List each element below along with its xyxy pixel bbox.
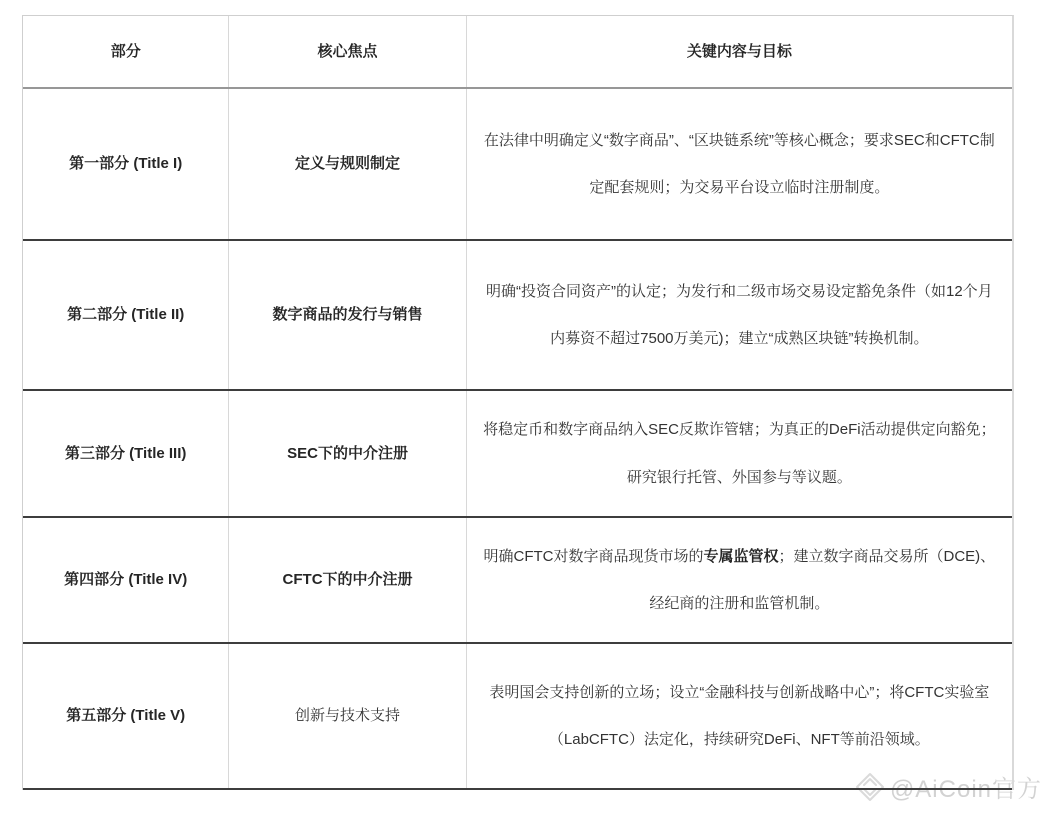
content-text: 明确CFTC对数字商品现货市场的 <box>484 548 704 565</box>
section-cell: 第五部分 (Title V) <box>23 644 228 788</box>
section-cell: 第四部分 (Title IV) <box>23 518 228 642</box>
header-cell-focus: 核心焦点 <box>228 16 465 87</box>
bill-structure-table: 部分 核心焦点 关键内容与目标 第一部分 (Title I) 定义与规则制定 在… <box>22 15 1014 790</box>
content-text-emphasis: 专属监管权 <box>704 548 779 565</box>
section-cell: 第一部分 (Title I) <box>23 89 228 239</box>
focus-cell: 定义与规则制定 <box>228 89 465 239</box>
focus-cell: CFTC下的中介注册 <box>228 518 465 642</box>
content-text: 明确“投资合同资产”的认定；为发行和二级市场交易设定豁免条件（如12个月内募资不… <box>479 268 1000 363</box>
focus-cell: 创新与技术支持 <box>228 644 465 788</box>
content-text: 表明国会支持创新的立场；设立“金融科技与创新战略中心”；将CFTC实验室（Lab… <box>479 669 1000 764</box>
table-row-title-3: 第三部分 (Title III) SEC下的中介注册 将稳定币和数字商品纳入SE… <box>23 391 1012 518</box>
content-cell: 明确“投资合同资产”的认定；为发行和二级市场交易设定豁免条件（如12个月内募资不… <box>466 241 1012 389</box>
table-header-row: 部分 核心焦点 关键内容与目标 <box>23 16 1012 89</box>
content-cell: 表明国会支持创新的立场；设立“金融科技与创新战略中心”；将CFTC实验室（Lab… <box>466 644 1012 788</box>
content-cell: 明确CFTC对数字商品现货市场的专属监管权；建立数字商品交易所（DCE)、经纪商… <box>466 518 1012 642</box>
section-cell: 第三部分 (Title III) <box>23 391 228 516</box>
section-cell: 第二部分 (Title II) <box>23 241 228 389</box>
content-cell: 在法律中明确定义“数字商品”、“区块链系统”等核心概念；要求SEC和CFTC制定… <box>466 89 1012 239</box>
focus-cell: SEC下的中介注册 <box>228 391 465 516</box>
table-row-title-4: 第四部分 (Title IV) CFTC下的中介注册 明确CFTC对数字商品现货… <box>23 518 1012 644</box>
header-cell-section: 部分 <box>23 16 228 87</box>
table-row-title-2: 第二部分 (Title II) 数字商品的发行与销售 明确“投资合同资产”的认定… <box>23 241 1012 391</box>
focus-cell: 数字商品的发行与销售 <box>228 241 465 389</box>
content-text: 在法律中明确定义“数字商品”、“区块链系统”等核心概念；要求SEC和CFTC制定… <box>479 117 1000 212</box>
header-cell-key-content: 关键内容与目标 <box>466 16 1012 87</box>
table-row-title-1: 第一部分 (Title I) 定义与规则制定 在法律中明确定义“数字商品”、“区… <box>23 89 1012 241</box>
content-text: 将稳定币和数字商品纳入SEC反欺诈管辖；为真正的DeFi活动提供定向豁免；研究银… <box>479 406 1000 501</box>
table-row-title-5: 第五部分 (Title V) 创新与技术支持 表明国会支持创新的立场；设立“金融… <box>23 644 1012 790</box>
content-text-wrap: 明确CFTC对数字商品现货市场的专属监管权；建立数字商品交易所（DCE)、经纪商… <box>479 533 1000 628</box>
content-cell: 将稳定币和数字商品纳入SEC反欺诈管辖；为真正的DeFi活动提供定向豁免；研究银… <box>466 391 1012 516</box>
